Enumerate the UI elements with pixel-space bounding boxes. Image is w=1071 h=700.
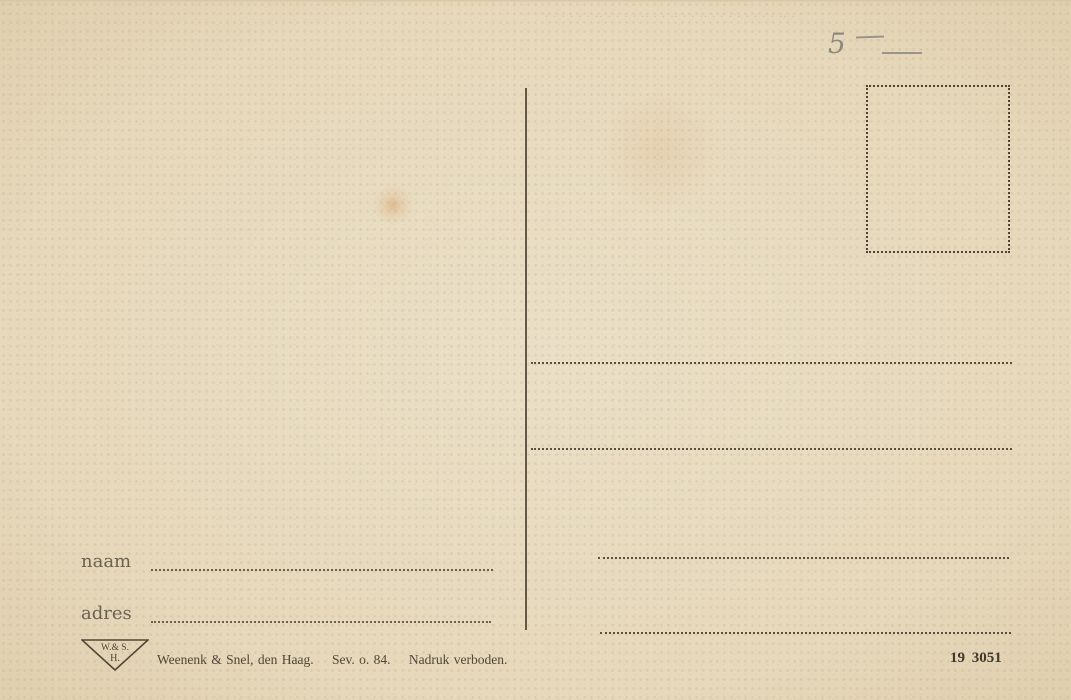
vertical-divider <box>525 88 527 630</box>
stamp-placeholder-box <box>866 85 1010 253</box>
pencil-dash <box>882 52 922 54</box>
recipient-address-line-2 <box>531 448 1012 450</box>
faint-bleed-through-text: · · · · · · ·· · · · · ·· · · ·· · · ·· … <box>545 12 975 26</box>
recipient-address-line-4 <box>600 632 1011 634</box>
logo-text-top: W.& S. <box>101 643 129 653</box>
pencil-dash <box>856 36 884 39</box>
series-number: Sev. o. 84. <box>332 652 391 667</box>
postcard-back: · · · · · · ·· · · · · ·· · · ·· · · ·· … <box>0 0 1071 700</box>
card-edge <box>0 0 1071 3</box>
recipient-address-line-3 <box>598 557 1009 559</box>
card-number: 19 3051 <box>950 650 1002 667</box>
publisher-name: Weenenk & Snel, den Haag. <box>157 652 314 667</box>
logo-text-bottom: H. <box>110 653 120 664</box>
copyright-notice: Nadruk verboden. <box>409 652 507 667</box>
handwritten-price: 5 <box>828 30 846 58</box>
sender-address-line <box>151 621 491 623</box>
recipient-address-line-1 <box>531 362 1012 364</box>
publisher-logo-icon: W.& S. H. <box>81 639 149 671</box>
sender-address-label: adres <box>81 603 132 624</box>
sender-name-line <box>151 569 493 571</box>
publisher-imprint: Weenenk & Snel, den Haag. Sev. o. 84. Na… <box>157 652 521 668</box>
sender-name-label: naam <box>81 551 131 572</box>
